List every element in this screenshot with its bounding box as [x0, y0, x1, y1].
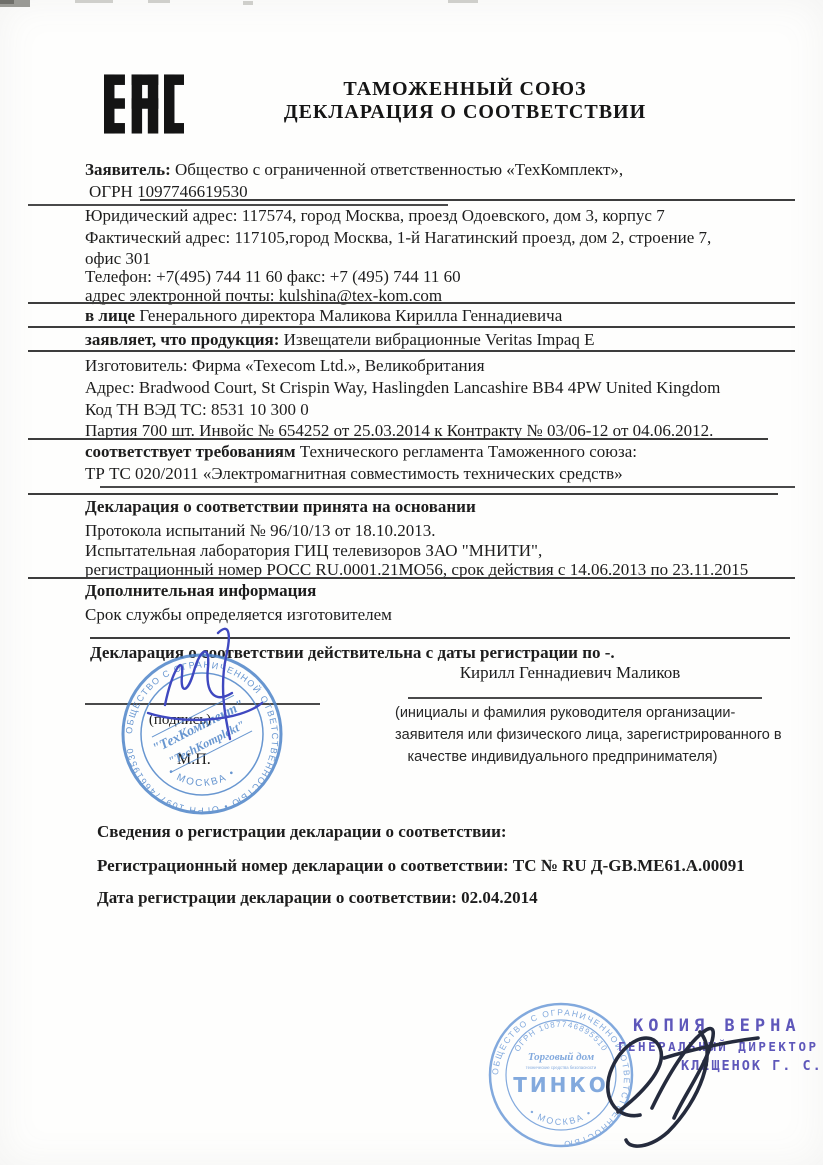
scan-artifact: [243, 1, 253, 5]
initials-note-line2: заявителя или физического лица, зарегист…: [395, 727, 730, 743]
registration-number: Регистрационный номер декларации о соотв…: [97, 856, 745, 876]
scan-artifact: [0, 0, 14, 4]
field-complies-label: соответствует требованиям: [85, 442, 296, 461]
registration-date: Дата регистрации декларации о соответств…: [97, 888, 538, 908]
document-title-line1: ТАМОЖЕННЫЙ СОЮЗ: [255, 78, 675, 101]
eac-mark-icon: [104, 73, 184, 135]
field-actual-address: Фактический адрес: 117105,город Москва, …: [85, 228, 711, 248]
field-legal-address: Юридический адрес: 117574, город Москва,…: [85, 206, 665, 226]
rule: [28, 302, 795, 304]
rule: [28, 577, 795, 579]
field-manufacturer: Изготовитель: Фирма «Texecom Ltd.», Вели…: [85, 356, 485, 376]
scan-artifact: [148, 0, 170, 3]
field-applicant-label: Заявитель:: [85, 160, 171, 179]
field-complies-value: Технического регламента Таможенного союз…: [296, 442, 637, 461]
field-in-person-value: Генерального директора Маликова Кирилла …: [135, 306, 562, 325]
rule: [140, 199, 795, 201]
section-basis-header: Декларация о соответствии принята на осн…: [85, 497, 476, 517]
rule: [28, 493, 778, 495]
rule: [28, 326, 795, 328]
field-applicant: Заявитель: Общество с ограниченной ответ…: [85, 160, 623, 180]
initials-note-line3: качестве индивидуального предпринимателя…: [395, 749, 730, 765]
field-protocol: Протокола испытаний № 96/10/13 от 18.10.…: [85, 521, 435, 541]
field-phone: Телефон: +7(495) 744 11 60 факс: +7 (495…: [85, 267, 461, 287]
head-name: Кирилл Геннадиевич Маликов: [420, 663, 720, 683]
field-tnved-code: Код ТН ВЭД ТС: 8531 10 300 0: [85, 400, 309, 420]
field-in-person: в лице Генерального директора Маликова К…: [85, 306, 562, 326]
svg-text:• МОСКВА •: • МОСКВА •: [166, 767, 238, 789]
field-in-person-label: в лице: [85, 306, 135, 325]
stamp-bottom-text: • МОСКВА •: [166, 767, 238, 789]
document-title-line2: ДЕКЛАРАЦИЯ О СООТВЕТСТВИИ: [255, 101, 675, 124]
field-manufacturer-address: Адрес: Bradwood Court, St Crispin Way, H…: [85, 378, 720, 398]
scan-artifact: [75, 0, 113, 3]
field-complies: соответствует требованиям Технического р…: [85, 442, 637, 462]
signature-ink-dark: [575, 1015, 785, 1165]
rule: [28, 438, 768, 440]
field-office: офис 301: [85, 249, 151, 269]
field-declares: заявляет, что продукция: Извещатели вибр…: [85, 330, 595, 350]
signature-ink-blue: [120, 615, 320, 765]
initials-note-line1: (инициалы и фамилия руководителя организ…: [395, 705, 730, 721]
scanned-declaration-page: ТАМОЖЕННЫЙ СОЮЗ ДЕКЛАРАЦИЯ О СООТВЕТСТВИ…: [0, 0, 823, 1165]
registration-header: Сведения о регистрации декларации о соот…: [97, 822, 507, 842]
rule: [100, 486, 795, 488]
signature-line-right: [408, 697, 762, 699]
rule: [28, 350, 795, 352]
scan-artifact: [448, 0, 478, 3]
field-declares-label: заявляет, что продукция:: [85, 330, 279, 349]
field-tr-ts: ТР ТС 020/2011 «Электромагнитная совмест…: [85, 464, 623, 484]
section-additional-header: Дополнительная информация: [85, 581, 316, 601]
field-applicant-value: Общество с ограниченной ответственностью…: [171, 160, 623, 179]
field-lab: Испытательная лаборатория ГИЦ телевизоро…: [85, 541, 542, 561]
field-declares-value: Извещатели вибрационные Veritas Impaq E: [279, 330, 594, 349]
